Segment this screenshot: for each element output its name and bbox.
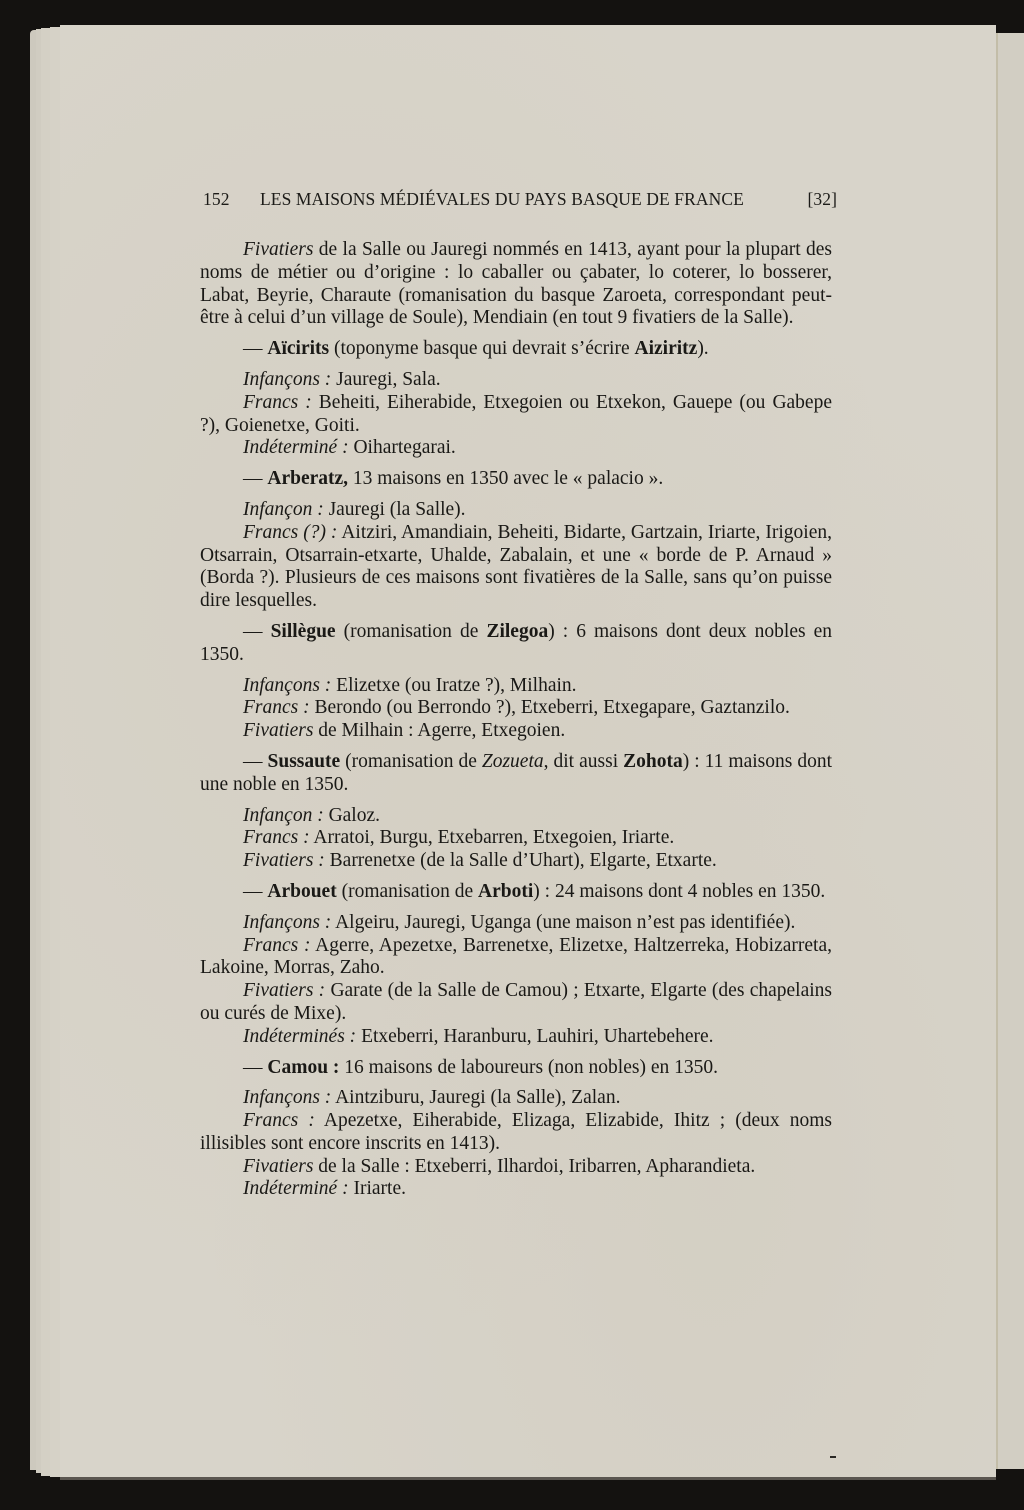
text-run: ) : 24 maisons dont 4 nobles en 1350. — [533, 881, 825, 902]
place-name: Zohota — [623, 751, 683, 772]
text-run: Galoz. — [324, 805, 380, 826]
paragraph: Fivatiers : Barrenetxe (de la Salle d’Uh… — [200, 850, 832, 873]
category-label: Francs : — [243, 697, 310, 718]
paragraph: — Arbouet (romanisation de Arboti) : 24 … — [200, 881, 832, 904]
text-run: , dit aussi — [544, 751, 623, 772]
text-run: — — [243, 338, 267, 359]
paragraph: Francs : Agerre, Apezetxe, Barrenetxe, E… — [200, 935, 832, 981]
text-run: Aintziburu, Jauregi (la Salle), Zalan. — [331, 1087, 620, 1108]
paragraph: Francs (?) : Aitziri, Amandiain, Beheiti… — [200, 522, 832, 613]
paragraph: Infançon : Jauregi (la Salle). — [200, 499, 832, 522]
paragraph: Infançons : Jauregi, Sala. — [200, 369, 832, 392]
paragraph: Francs : Apezetxe, Eiherabide, Elizaga, … — [200, 1110, 832, 1156]
paragraph: Francs : Beheiti, Eiherabide, Etxegoien … — [200, 392, 832, 438]
paragraph: Indéterminé : Iriarte. — [200, 1178, 832, 1201]
category-label: Infançon : — [243, 499, 324, 520]
text-run: 16 maisons de laboureurs (non nobles) en… — [339, 1057, 718, 1078]
category-label: Fivatiers — [243, 239, 313, 260]
paragraph: Francs : Arratoi, Burgu, Etxebarren, Etx… — [200, 827, 832, 850]
paragraph: Infançon : Galoz. — [200, 805, 832, 828]
paragraph: — Arberatz, 13 maisons en 1350 avec le «… — [200, 468, 832, 491]
text-run: — — [243, 751, 268, 772]
text-run: Arratoi, Burgu, Etxebarren, Etxegoien, I… — [310, 827, 675, 848]
category-label: Infançons : — [243, 675, 331, 696]
paragraph: — Aïcirits (toponyme basque qui devrait … — [200, 338, 832, 361]
facing-page-edge — [996, 33, 1024, 1469]
paragraph: Infançons : Aintziburu, Jauregi (la Sall… — [200, 1087, 832, 1110]
category-label: Francs (?) : — [243, 522, 337, 543]
place-name: Camou : — [267, 1057, 339, 1078]
text-run: Iriarte. — [349, 1178, 406, 1199]
text-run: — — [243, 1057, 267, 1078]
body-text: Fivatiers de la Salle ou Jauregi nommés … — [200, 239, 832, 1201]
text-run: Algeiru, Jauregi, Uganga (une maison n’e… — [331, 912, 795, 933]
category-label: Francs : — [243, 935, 310, 956]
text-run: — — [243, 468, 267, 489]
category-label: Infançons : — [243, 369, 331, 390]
paragraph: — Sussaute (romanisation de Zozueta, dit… — [200, 751, 832, 797]
category-label: Fivatiers : — [243, 850, 325, 871]
text-run: Berondo (ou Berrondo ?), Etxeberri, Etxe… — [310, 697, 790, 718]
paragraph: — Camou : 16 maisons de laboureurs (non … — [200, 1057, 832, 1080]
text-run: Elizetxe (ou Iratze ?), Milhain. — [331, 675, 576, 696]
paragraph: Infançons : Algeiru, Jauregi, Uganga (un… — [200, 912, 832, 935]
place-name: Arberatz, — [267, 468, 348, 489]
text-run: ). — [697, 338, 708, 359]
text-run: Etxeberri, Haranburu, Lauhiri, Uhartebeh… — [356, 1026, 713, 1047]
text-run: Jauregi, Sala. — [331, 369, 440, 390]
ink-speck — [830, 1456, 836, 1458]
category-label: Francs : — [243, 827, 310, 848]
place-name: Aïcirits — [267, 338, 329, 359]
running-title: LES MAISONS MÉDIÉVALES DU PAYS BASQUE DE… — [260, 189, 744, 210]
text-run: — — [243, 881, 267, 902]
category-label: Francs : — [243, 392, 312, 413]
paragraph: Indéterminés : Etxeberri, Haranburu, Lau… — [200, 1026, 832, 1049]
place-name: Aiziritz — [635, 338, 698, 359]
paragraph: Infançons : Elizetxe (ou Iratze ?), Milh… — [200, 675, 832, 698]
category-label: Fivatiers — [243, 720, 313, 741]
text-run: (romanisation de — [337, 881, 478, 902]
text-run: — — [243, 621, 271, 642]
category-label: Infançons : — [243, 912, 331, 933]
paragraph: Fivatiers de la Salle ou Jauregi nommés … — [200, 239, 832, 330]
category-label: Infançons : — [243, 1087, 331, 1108]
place-name: Arboti — [478, 881, 533, 902]
paragraph: Fivatiers de Milhain : Agerre, Etxegoien… — [200, 720, 832, 743]
page-number: 152 — [203, 189, 230, 210]
text-run: de Milhain : Agerre, Etxegoien. — [313, 720, 565, 741]
paragraph: — Sillègue (romanisation de Zilegoa) : 6… — [200, 621, 832, 667]
category-label: Indéterminés : — [243, 1026, 356, 1047]
paragraph: Indéterminé : Oihartegarai. — [200, 437, 832, 460]
category-label: Infançon : — [243, 805, 324, 826]
paragraph: Fivatiers de la Salle : Etxeberri, Ilhar… — [200, 1156, 832, 1179]
paragraph: Francs : Berondo (ou Berrondo ?), Etxebe… — [200, 697, 832, 720]
place-name: Sillègue — [271, 621, 336, 642]
text-run: (romanisation de — [336, 621, 487, 642]
place-name: Zilegoa — [486, 621, 548, 642]
category-label: Francs : — [243, 1110, 315, 1131]
text-run: Barrenetxe (de la Salle d’Uhart), Elgart… — [325, 850, 717, 871]
category-label: Zozueta — [482, 751, 544, 772]
text-run: (toponyme basque qui devrait s’écrire — [329, 338, 634, 359]
category-label: Fivatiers : — [243, 980, 325, 1001]
text-run: de la Salle : Etxeberri, Ilhardoi, Iriba… — [313, 1156, 755, 1177]
place-name: Sussaute — [268, 751, 341, 772]
text-run: Jauregi (la Salle). — [324, 499, 466, 520]
category-label: Indéterminé : — [243, 1178, 349, 1199]
running-head: 152 LES MAISONS MÉDIÉVALES DU PAYS BASQU… — [203, 189, 837, 210]
text-run: 13 maisons en 1350 avec le « palacio ». — [348, 468, 663, 489]
category-label: Fivatiers — [243, 1156, 313, 1177]
text-run: Oihartegarai. — [349, 437, 456, 458]
place-name: Arbouet — [267, 881, 336, 902]
section-number: [32] — [807, 189, 837, 210]
text-run: (romanisation de — [340, 751, 482, 772]
category-label: Indéterminé : — [243, 437, 349, 458]
paragraph: Fivatiers : Garate (de la Salle de Camou… — [200, 980, 832, 1026]
